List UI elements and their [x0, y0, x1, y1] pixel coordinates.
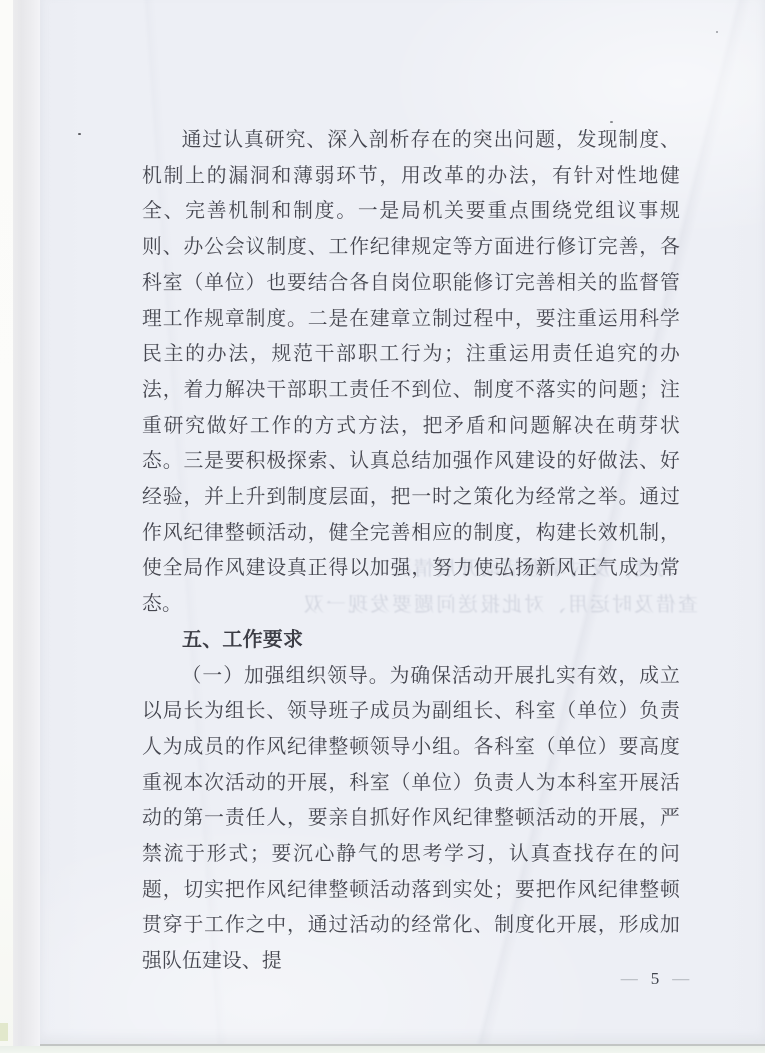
page-number-dash: — — [621, 971, 638, 987]
body-paragraph-1: 通过认真研究、深入剖析存在的突出问题，发现制度、机制上的漏洞和薄弱环节，用改革的… — [142, 123, 680, 623]
dust-speck — [78, 133, 81, 135]
scanner-bed-bottom — [0, 1046, 765, 1053]
paper-corner-artifact — [0, 1023, 8, 1041]
page-number-value: 5 — [651, 969, 660, 989]
scanner-edge-strip — [0, 0, 13, 1053]
scanned-document: 为度，反时掌握活动开展情况 查借及时运用、对此报送问题要发现一双 通过认真研究、… — [0, 0, 765, 1053]
dust-speck — [610, 121, 613, 123]
document-page: 为度，反时掌握活动开展情况 查借及时运用、对此报送问题要发现一双 通过认真研究、… — [40, 0, 765, 1046]
page-number: — 5 — — [595, 969, 715, 989]
page-number-dash: — — [672, 971, 689, 987]
section-heading: 五、工作要求 — [142, 623, 680, 659]
body-paragraph-2: （一）加强组织领导。为确保活动开展扎实有效，成立以局长为组长、领导班子成员为副组… — [142, 659, 680, 980]
page-edge-shadow — [13, 0, 40, 1053]
dust-speck — [716, 31, 718, 33]
document-body: 通过认真研究、深入剖析存在的突出问题，发现制度、机制上的漏洞和薄弱环节，用改革的… — [142, 123, 680, 980]
